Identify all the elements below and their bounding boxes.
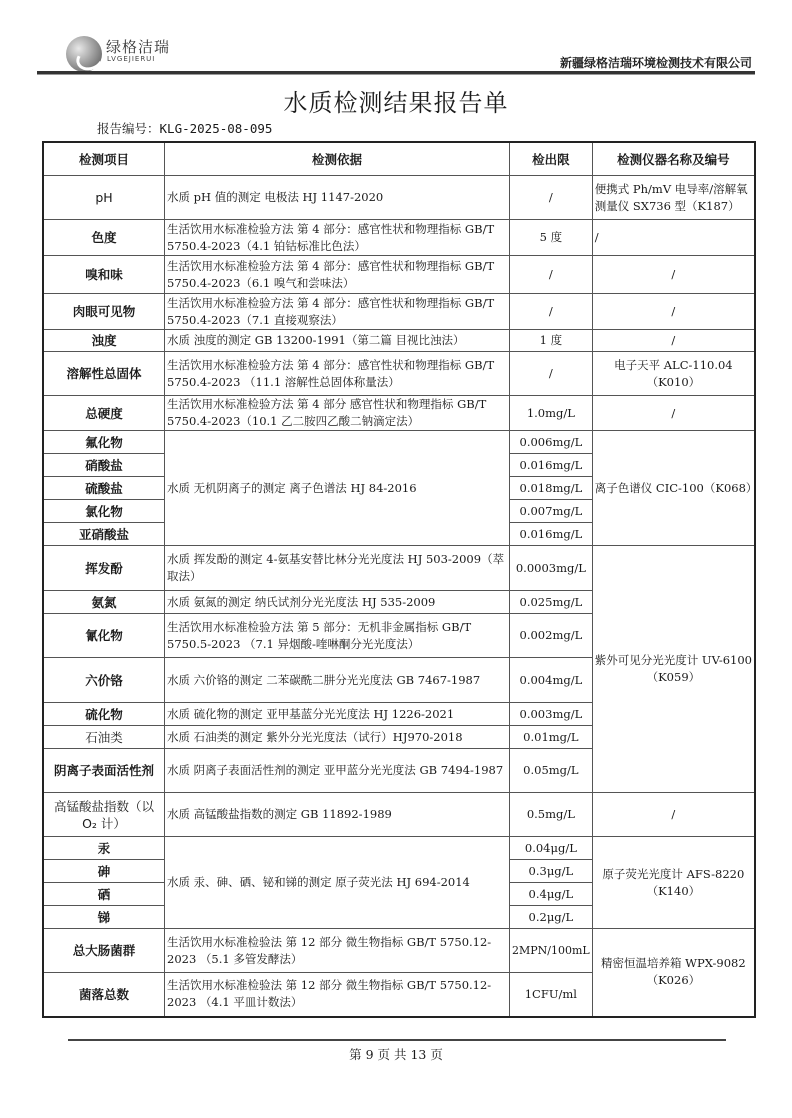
limit-cell: 0.006mg/L: [510, 431, 593, 454]
basis-cell: 水质 挥发酚的测定 4-氨基安替比林分光光度法 HJ 503-2009（萃取法）: [165, 546, 510, 591]
table-row: 高锰酸盐指数（以 O₂ 计） 水质 高锰酸盐指数的测定 GB 11892-198…: [43, 793, 755, 837]
limit-cell: 0.002mg/L: [510, 614, 593, 658]
limit-cell: 0.2μg/L: [510, 906, 593, 929]
item-cell: 六价铬: [43, 658, 165, 703]
item-cell: 浊度: [43, 330, 165, 352]
item-cell: 阴离子表面活性剂: [43, 749, 165, 793]
item-cell: 硫化物: [43, 703, 165, 726]
item-cell: 石油类: [43, 726, 165, 749]
item-cell: 总大肠菌群: [43, 929, 165, 973]
report-number-label: 报告编号：: [97, 121, 160, 136]
item-cell: 硝酸盐: [43, 454, 165, 477]
col-header-basis: 检测依据: [165, 142, 510, 176]
limit-cell: 0.016mg/L: [510, 454, 593, 477]
company-logo: 绿格洁瑞 LVGEJIERUI: [62, 32, 192, 74]
limit-cell: 0.003mg/L: [510, 703, 593, 726]
item-cell: 砷: [43, 860, 165, 883]
basis-cell: 生活饮用水标准检验方法 第 4 部分：感官性状和物理指标 GB/T 5750.4…: [165, 220, 510, 256]
col-header-instrument: 检测仪器名称及编号: [592, 142, 755, 176]
table-row: pH 水质 pH 值的测定 电极法 HJ 1147-2020 / 便携式 Ph/…: [43, 176, 755, 220]
instrument-cell: /: [592, 330, 755, 352]
item-cell: 亚硝酸盐: [43, 523, 165, 546]
logo-emblem-icon: [66, 36, 102, 72]
limit-cell: 0.0003mg/L: [510, 546, 593, 591]
limit-cell: /: [510, 176, 593, 220]
limit-cell: 1.0mg/L: [510, 396, 593, 431]
basis-cell: 生活饮用水标准检验方法 第 5 部分：无机非金属指标 GB/T 5750.5-2…: [165, 614, 510, 658]
logo-text-cn: 绿格洁瑞: [106, 36, 170, 57]
table-row: 浊度 水质 浊度的测定 GB 13200-1991（第二篇 目视比浊法） 1 度…: [43, 330, 755, 352]
logo-text-en: LVGEJIERUI: [107, 55, 155, 63]
item-cell: 嗅和味: [43, 256, 165, 294]
instrument-cell: 离子色谱仪 CIC-100（K068）: [592, 431, 755, 546]
col-header-limit: 检出限: [510, 142, 593, 176]
report-number: 报告编号：KLG-2025-08-095: [97, 119, 272, 137]
table-row: 溶解性总固体 生活饮用水标准检验方法 第 4 部分：感官性状和物理指标 GB/T…: [43, 352, 755, 396]
instrument-cell: 紫外可见分光光度计 UV-6100（K059）: [592, 546, 755, 793]
limit-cell: 0.007mg/L: [510, 500, 593, 523]
report-number-value: KLG-2025-08-095: [160, 121, 273, 136]
item-cell: 氯化物: [43, 500, 165, 523]
instrument-cell: 电子天平 ALC-110.04（K010）: [592, 352, 755, 396]
page-number: 第 9 页 共 13 页: [0, 1045, 792, 1063]
basis-cell: 生活饮用水标准检验方法 第 4 部分：感官性状和物理指标 GB/T 5750.4…: [165, 294, 510, 330]
basis-cell: 水质 pH 值的测定 电极法 HJ 1147-2020: [165, 176, 510, 220]
page-title: 水质检测结果报告单: [0, 83, 792, 118]
limit-cell: 0.5mg/L: [510, 793, 593, 837]
item-cell: 高锰酸盐指数（以 O₂ 计）: [43, 793, 165, 837]
basis-cell: 水质 阴离子表面活性剂的测定 亚甲蓝分光光度法 GB 7494-1987: [165, 749, 510, 793]
table-header-row: 检测项目 检测依据 检出限 检测仪器名称及编号: [43, 142, 755, 176]
limit-cell: 0.04μg/L: [510, 837, 593, 860]
col-header-item: 检测项目: [43, 142, 165, 176]
table-row: 挥发酚 水质 挥发酚的测定 4-氨基安替比林分光光度法 HJ 503-2009（…: [43, 546, 755, 591]
limit-cell: 0.025mg/L: [510, 591, 593, 614]
instrument-cell: /: [592, 220, 755, 256]
table-row: 汞 水质 汞、砷、硒、铋和锑的测定 原子荧光法 HJ 694-2014 0.04…: [43, 837, 755, 860]
limit-cell: 0.05mg/L: [510, 749, 593, 793]
basis-cell: 水质 高锰酸盐指数的测定 GB 11892-1989: [165, 793, 510, 837]
item-cell: pH: [43, 176, 165, 220]
instrument-cell: 原子荧光光度计 AFS-8220（K140）: [592, 837, 755, 929]
table-row: 总硬度 生活饮用水标准检验方法 第 4 部分 感官性状和物理指标 GB/T 57…: [43, 396, 755, 431]
limit-cell: 0.3μg/L: [510, 860, 593, 883]
instrument-cell: /: [592, 294, 755, 330]
item-cell: 汞: [43, 837, 165, 860]
table-row: 色度 生活饮用水标准检验方法 第 4 部分：感官性状和物理指标 GB/T 575…: [43, 220, 755, 256]
basis-cell: 生活饮用水标准检验方法 第 4 部分 感官性状和物理指标 GB/T 5750.4…: [165, 396, 510, 431]
limit-cell: 1 度: [510, 330, 593, 352]
table-row: 氟化物 水质 无机阴离子的测定 离子色谱法 HJ 84-2016 0.006mg…: [43, 431, 755, 454]
limit-cell: 0.4μg/L: [510, 883, 593, 906]
basis-cell: 生活饮用水标准检验方法 第 4 部分：感官性状和物理指标 GB/T 5750.4…: [165, 256, 510, 294]
limit-cell: 0.018mg/L: [510, 477, 593, 500]
limit-cell: 0.004mg/L: [510, 658, 593, 703]
basis-cell: 水质 无机阴离子的测定 离子色谱法 HJ 84-2016: [165, 431, 510, 546]
item-cell: 挥发酚: [43, 546, 165, 591]
item-cell: 锑: [43, 906, 165, 929]
item-cell: 硫酸盐: [43, 477, 165, 500]
basis-cell: 水质 氨氮的测定 纳氏试剂分光光度法 HJ 535-2009: [165, 591, 510, 614]
basis-cell: 水质 石油类的测定 紫外分光光度法（试行）HJ970-2018: [165, 726, 510, 749]
basis-cell: 水质 汞、砷、硒、铋和锑的测定 原子荧光法 HJ 694-2014: [165, 837, 510, 929]
header-divider: [37, 71, 755, 75]
instrument-cell: 便携式 Ph/mV 电导率/溶解氧测量仪 SX736 型（K187）: [592, 176, 755, 220]
item-cell: 溶解性总固体: [43, 352, 165, 396]
limit-cell: /: [510, 256, 593, 294]
item-cell: 肉眼可见物: [43, 294, 165, 330]
limit-cell: 5 度: [510, 220, 593, 256]
instrument-cell: /: [592, 396, 755, 431]
basis-cell: 水质 六价铬的测定 二苯碳酰二肼分光光度法 GB 7467-1987: [165, 658, 510, 703]
item-cell: 总硬度: [43, 396, 165, 431]
basis-cell: 水质 浊度的测定 GB 13200-1991（第二篇 目视比浊法）: [165, 330, 510, 352]
basis-cell: 生活饮用水标准检验法 第 12 部分 微生物指标 GB/T 5750.12-20…: [165, 973, 510, 1017]
limit-cell: 2MPN/100mL: [510, 929, 593, 973]
item-cell: 色度: [43, 220, 165, 256]
limit-cell: 0.016mg/L: [510, 523, 593, 546]
instrument-cell: /: [592, 256, 755, 294]
item-cell: 氨氮: [43, 591, 165, 614]
table-row: 肉眼可见物 生活饮用水标准检验方法 第 4 部分：感官性状和物理指标 GB/T …: [43, 294, 755, 330]
limit-cell: 0.01mg/L: [510, 726, 593, 749]
limit-cell: 1CFU/ml: [510, 973, 593, 1017]
limit-cell: /: [510, 352, 593, 396]
basis-cell: 生活饮用水标准检验方法 第 4 部分：感官性状和物理指标 GB/T 5750.4…: [165, 352, 510, 396]
instrument-cell: /: [592, 793, 755, 837]
instrument-cell: 精密恒温培养箱 WPX-9082（K026）: [592, 929, 755, 1017]
basis-cell: 水质 硫化物的测定 亚甲基蓝分光光度法 HJ 1226-2021: [165, 703, 510, 726]
footer-divider: [68, 1039, 726, 1041]
table-row: 总大肠菌群 生活饮用水标准检验法 第 12 部分 微生物指标 GB/T 5750…: [43, 929, 755, 973]
limit-cell: /: [510, 294, 593, 330]
item-cell: 菌落总数: [43, 973, 165, 1017]
table-row: 嗅和味 生活饮用水标准检验方法 第 4 部分：感官性状和物理指标 GB/T 57…: [43, 256, 755, 294]
basis-cell: 生活饮用水标准检验法 第 12 部分 微生物指标 GB/T 5750.12-20…: [165, 929, 510, 973]
results-table: 检测项目 检测依据 检出限 检测仪器名称及编号 pH 水质 pH 值的测定 电极…: [42, 141, 756, 1018]
item-cell: 氟化物: [43, 431, 165, 454]
company-name: 新疆绿格洁瑞环境检测技术有限公司: [560, 54, 752, 71]
item-cell: 硒: [43, 883, 165, 906]
item-cell: 氰化物: [43, 614, 165, 658]
